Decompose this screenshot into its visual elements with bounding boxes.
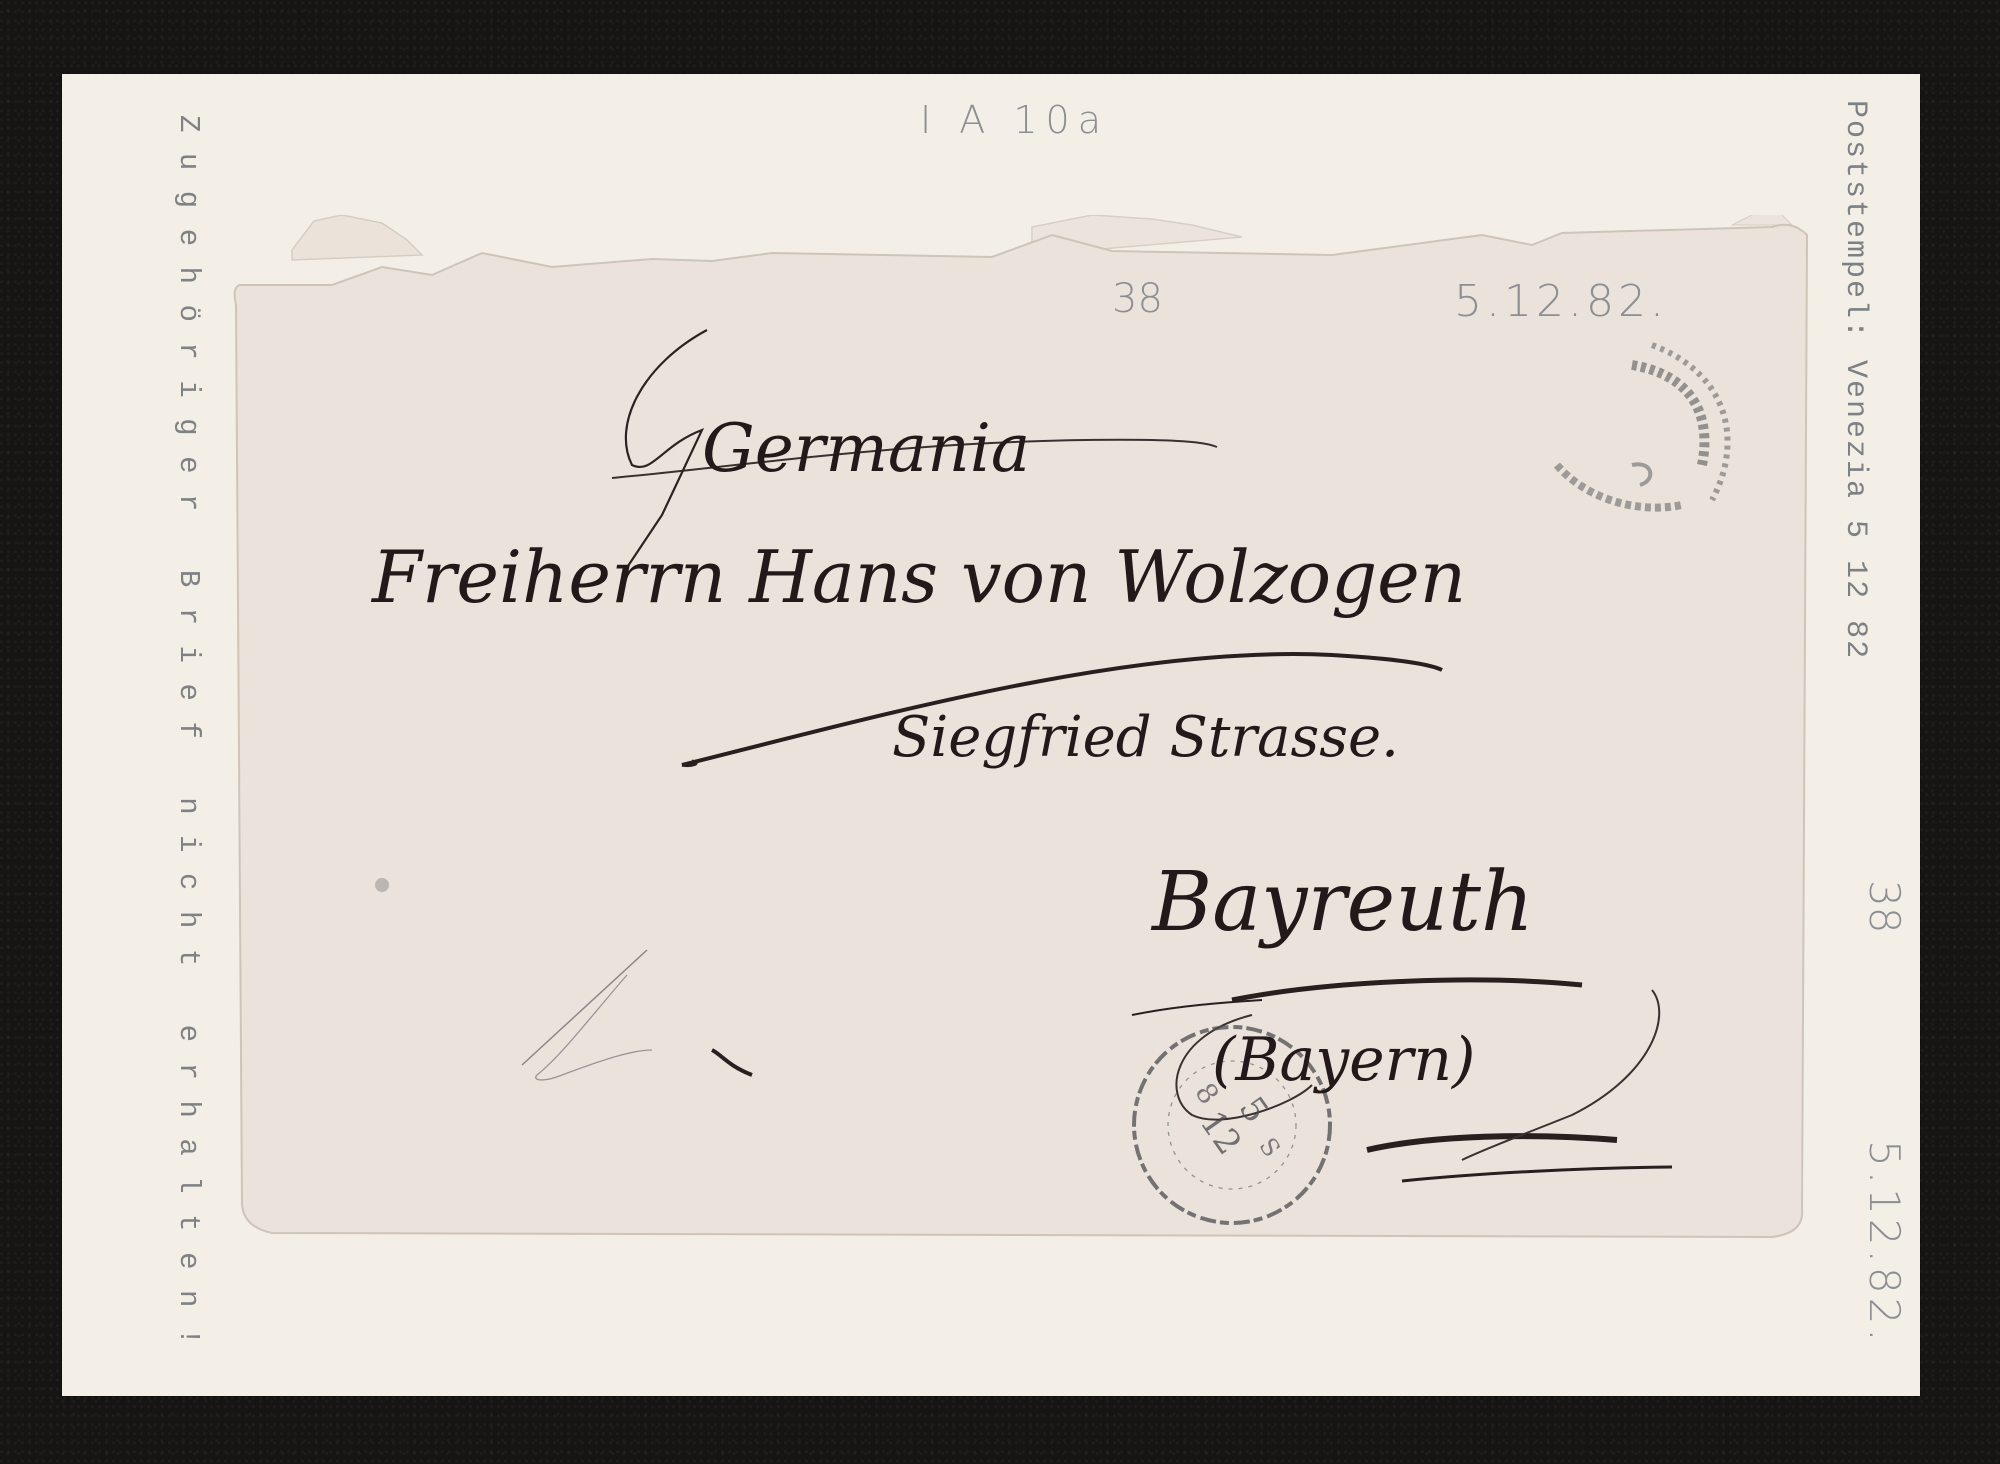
typed-note-letter-missing: Zugehöriger Brief nicht erhalten! — [172, 115, 205, 1366]
address-line-city: Bayreuth — [1152, 855, 1534, 950]
typed-note-postmark: Poststempel: Venezia 5 12 82 — [1838, 100, 1872, 660]
shelfmark-annotation: I A 10a — [920, 98, 1109, 142]
envelope: 5 12 8 S 38 5.12.82. Germania Freiherrn … — [232, 215, 1812, 1240]
address-line-recipient: Freiherrn Hans von Wolzogen — [372, 535, 1466, 619]
address-line-region: (Bayern) — [1212, 1025, 1475, 1095]
side-number-annotation: 38 — [1860, 880, 1909, 933]
side-date-annotation: 5.12.82. — [1860, 1140, 1909, 1346]
envelope-date-annotation: 5.12.82. — [1454, 276, 1668, 327]
envelope-number-annotation: 38 — [1112, 276, 1163, 322]
address-line-street: Siegfried Strasse. — [892, 705, 1399, 770]
address-line-country: Germania — [702, 410, 1030, 487]
